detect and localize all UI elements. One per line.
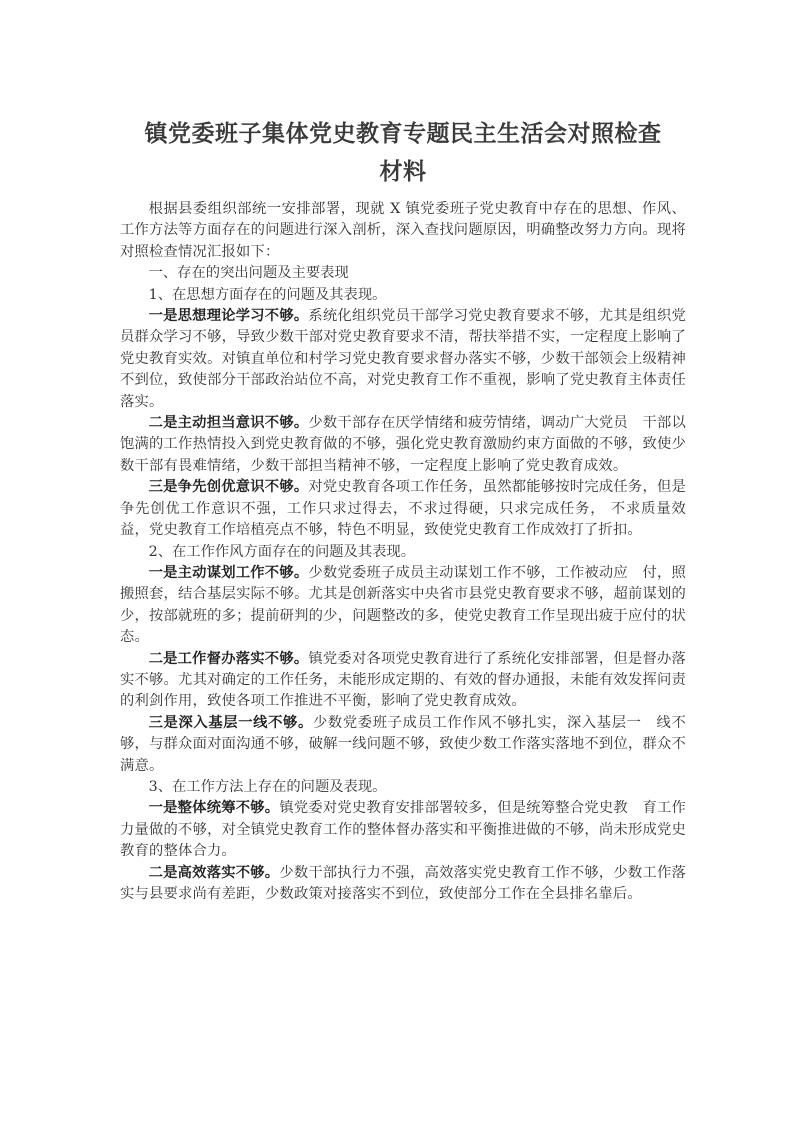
- item-paragraph: 三是深入基层一线不够。少数党委班子成员工作作风不够扎实，深入基层一 线不够，与群…: [120, 713, 686, 777]
- item-lead: 一是主动谋划工作不够。: [149, 565, 309, 581]
- item-paragraph: 一是思想理论学习不够。系统化组织党员干部学习党史教育要求不够，尤其是组织党员群众…: [120, 306, 686, 413]
- item-lead: 三是深入基层一线不够。: [149, 715, 313, 731]
- item-paragraph: 一是主动谋划工作不够。少数党委班子成员主动谋划工作不够，工作被动应 付，照搬照套…: [120, 563, 686, 649]
- intro-paragraph: 根据县委组织部统一安排部署，现就 X 镇党委班子党史教育中存在的思想、作风、工作…: [120, 199, 686, 263]
- item-paragraph: 二是高效落实不够。少数干部执行力不强，高效落实党史教育工作不够，少数工作落实与县…: [120, 863, 686, 906]
- item-lead: 二是高效落实不够。: [149, 865, 280, 881]
- item-paragraph: 二是工作督办落实不够。镇党委对各项党史教育进行了系统化安排部署，但是督办落实不够…: [120, 649, 686, 713]
- item-paragraph: 二是主动担当意识不够。少数干部存在厌学情绪和疲劳情绪，调动广大党员 干部以饱满的…: [120, 413, 686, 477]
- title-line-2: 材料: [100, 153, 706, 191]
- document-page: 镇党委班子集体党史教育专题民主生活会对照检查 材料 根据县委组织部统一安排部署，…: [120, 115, 686, 905]
- document-title: 镇党委班子集体党史教育专题民主生活会对照检查 材料: [100, 115, 706, 191]
- item-lead: 一是思想理论学习不够。: [149, 308, 309, 324]
- subsection-heading-3: 3、在工作方法上存在的问题及表现。: [120, 777, 686, 798]
- section-heading: 一、存在的突出问题及主要表现: [120, 263, 686, 284]
- title-line-1: 镇党委班子集体党史教育专题民主生活会对照检查: [100, 115, 706, 153]
- item-paragraph: 一是整体统筹不够。镇党委对党史教育安排部署较多，但是统筹整合党史教 育工作力量做…: [120, 798, 686, 862]
- item-paragraph: 三是争先创优意识不够。对党史教育各项工作任务，虽然都能够按时完成任务，但是争先创…: [120, 477, 686, 541]
- item-lead: 三是争先创优意识不够。: [149, 479, 309, 495]
- item-lead: 二是主动担当意识不够。: [149, 415, 309, 431]
- subsection-heading-2: 2、在工作作风方面存在的问题及其表现。: [120, 542, 686, 563]
- item-lead: 二是工作督办落实不够。: [149, 651, 309, 667]
- item-lead: 一是整体统筹不够。: [149, 800, 280, 816]
- subsection-heading-1: 1、在思想方面存在的问题及其表现。: [120, 285, 686, 306]
